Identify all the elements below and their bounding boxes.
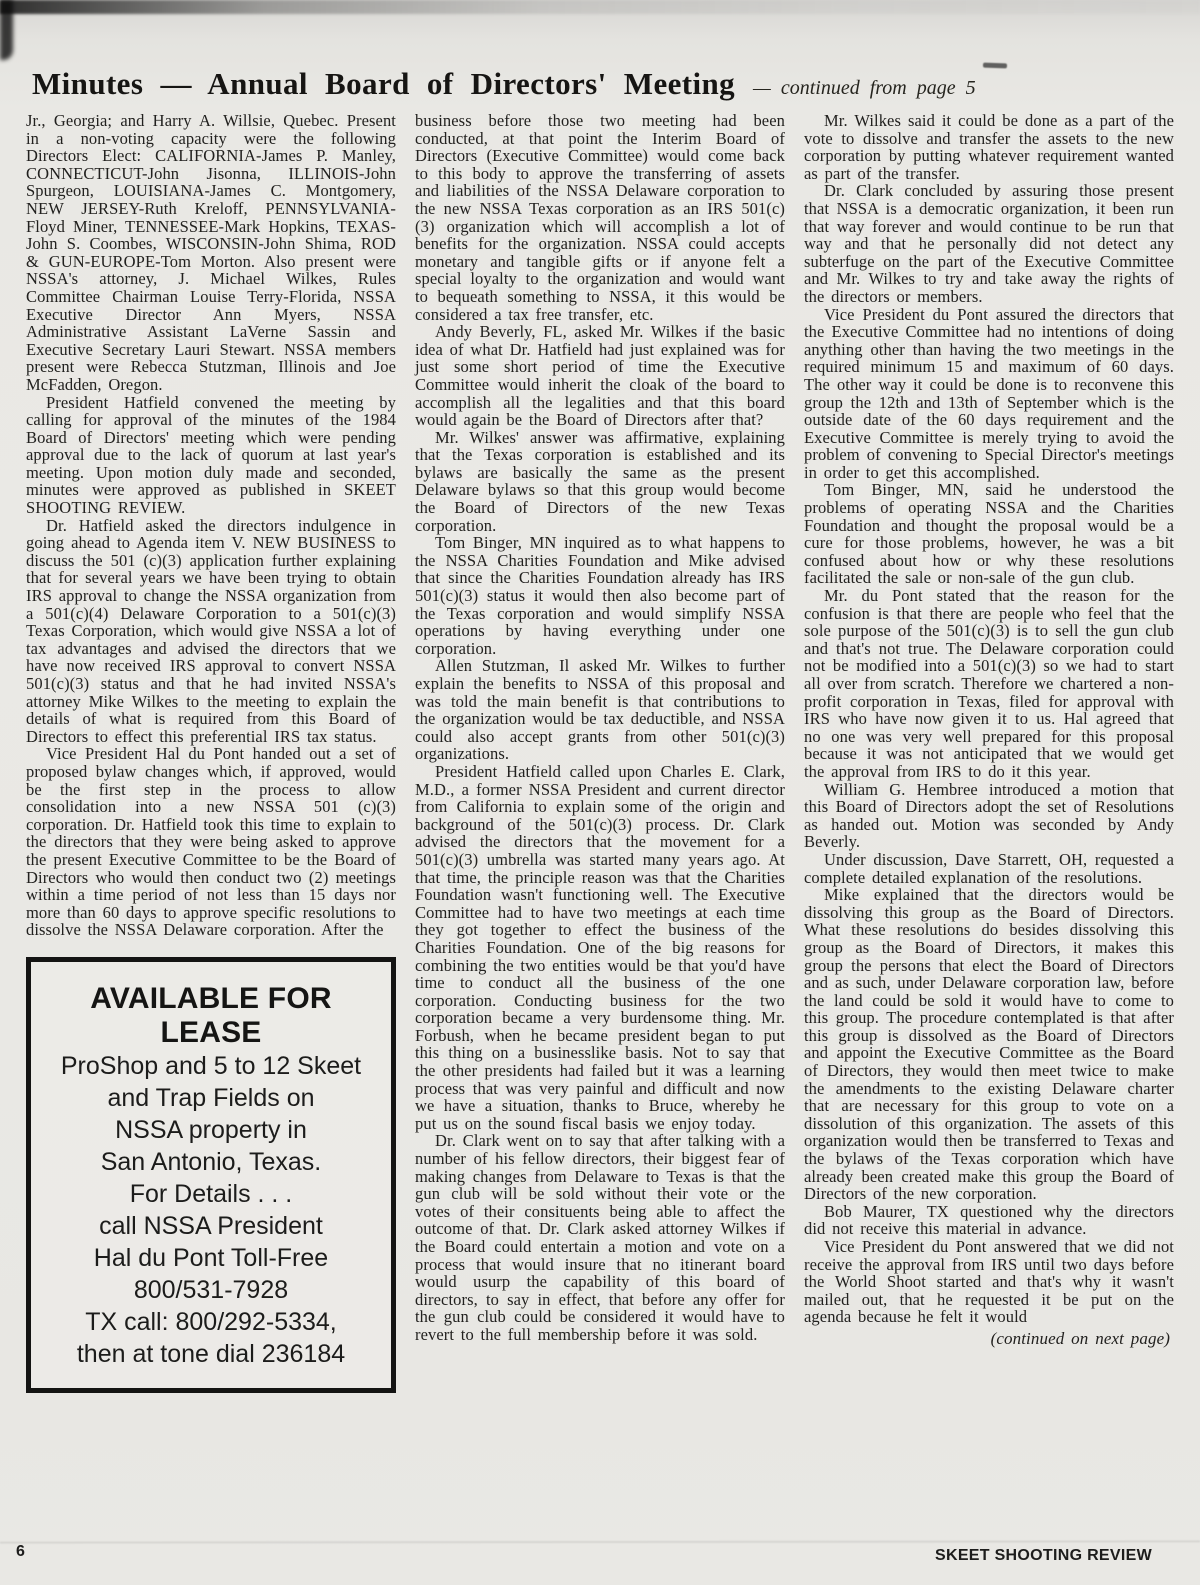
paragraph: Under discussion, Dave Starrett, OH, req… — [804, 851, 1174, 886]
continued-next-page-note: (continued on next page) — [804, 1330, 1174, 1348]
paragraph: Dr. Clark went on to say that after talk… — [415, 1132, 785, 1343]
paragraph: President Hatfield convened the meeting … — [26, 394, 396, 517]
page-number: 6 — [16, 1543, 25, 1561]
scan-artifact-line — [0, 1540, 1200, 1543]
paragraph: President Hatfield called upon Charles E… — [415, 763, 785, 1132]
scan-artifact-top — [0, 0, 1200, 14]
lease-ad-box: AVAILABLE FOR LEASE ProShop and 5 to 12 … — [26, 957, 396, 1393]
paragraph: Vice President du Pont assured the direc… — [804, 306, 1174, 482]
paragraph: William G. Hembree introduced a motion t… — [804, 781, 1174, 851]
paragraph: Mr. du Pont stated that the reason for t… — [804, 587, 1174, 781]
paragraph: Mr. Wilkes' answer was affirmative, expl… — [415, 429, 785, 535]
paragraph: Vice President du Pont answered that we … — [804, 1238, 1174, 1326]
lease-ad-contact: call NSSA President Hal du Pont Toll-Fre… — [77, 1210, 345, 1370]
paragraph: Tom Binger, MN inquired as to what happe… — [415, 534, 785, 657]
paragraph: Jr., Georgia; and Harry A. Willsie, Queb… — [26, 112, 396, 394]
paragraph: Mr. Wilkes said it could be done as a pa… — [804, 112, 1174, 182]
column-1: Jr., Georgia; and Harry A. Willsie, Queb… — [26, 112, 396, 1393]
journal-name: SKEET SHOOTING REVIEW — [935, 1547, 1152, 1565]
paragraph: Dr. Clark concluded by assuring those pr… — [804, 182, 1174, 305]
column-3: Mr. Wilkes said it could be done as a pa… — [804, 112, 1174, 1393]
article-title: Minutes — Annual Board of Directors' Mee… — [32, 66, 735, 102]
scan-artifact-corner — [0, 0, 13, 60]
lease-ad-description: ProShop and 5 to 12 Skeet and Trap Field… — [61, 1050, 361, 1178]
column-2: business before those two meeting had be… — [415, 112, 785, 1393]
masthead: Minutes — Annual Board of Directors' Mee… — [32, 66, 1172, 102]
lease-ad-headline: AVAILABLE FOR LEASE — [37, 982, 385, 1050]
paragraph: Mike explained that the directors would … — [804, 886, 1174, 1203]
paragraph: Dr. Hatfield asked the directors indulge… — [26, 517, 396, 746]
magazine-page: Minutes — Annual Board of Directors' Mee… — [0, 0, 1200, 1585]
paragraph: Allen Stutzman, Il asked Mr. Wilkes to f… — [415, 657, 785, 763]
paragraph: Bob Maurer, TX questioned why the direct… — [804, 1203, 1174, 1238]
continued-from-note: — continued from page 5 — [753, 77, 976, 100]
paragraph: Tom Binger, MN, said he understood the p… — [804, 481, 1174, 587]
paragraph: Andy Beverly, FL, asked Mr. Wilkes if th… — [415, 323, 785, 429]
paragraph: business before those two meeting had be… — [415, 112, 785, 323]
lease-ad-details-line: For Details . . . — [130, 1178, 293, 1210]
article-columns: Jr., Georgia; and Harry A. Willsie, Queb… — [26, 112, 1174, 1393]
paragraph: Vice President Hal du Pont handed out a … — [26, 745, 396, 939]
